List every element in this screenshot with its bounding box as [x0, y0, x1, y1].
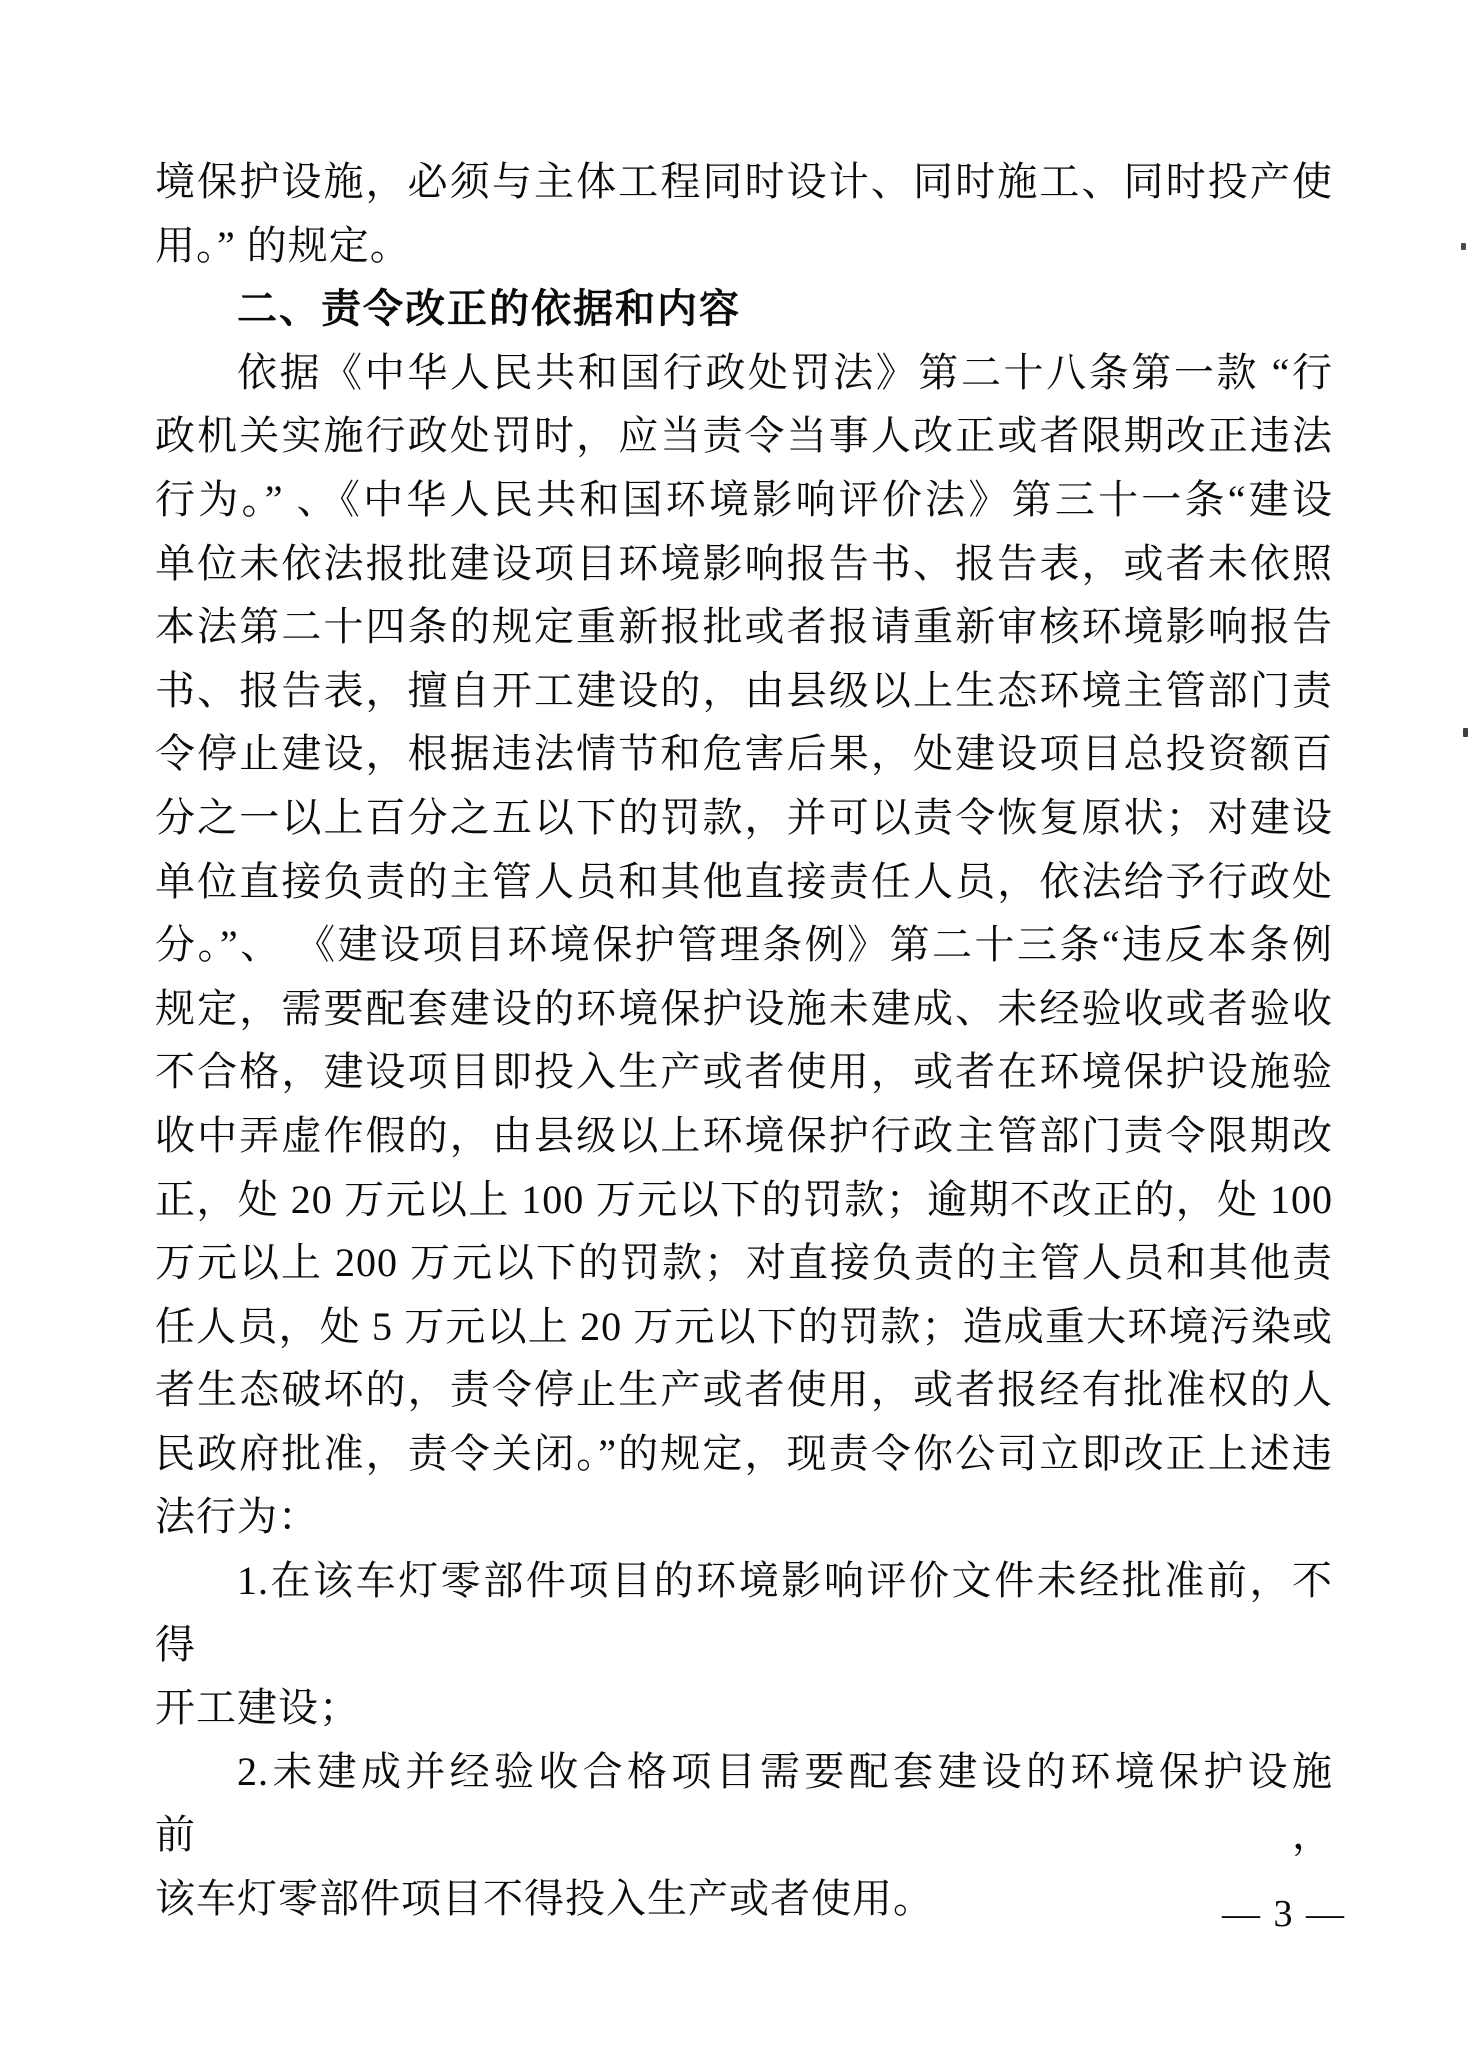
- text-line: 依据《中华人民共和国行政处罚法》第二十八条第一款 “行: [155, 341, 1333, 405]
- text-line: 单位直接负责的主管人员和其他直接责任人员，依法给予行政处: [155, 850, 1333, 914]
- text-line: 法行为：: [155, 1485, 1333, 1549]
- text-line: 行为。” 、《中华人民共和国环境影响评价法》第三十一条“建设: [155, 468, 1333, 532]
- text-line: 万元以上 200 万元以下的罚款；对直接负责的主管人员和其他责: [155, 1231, 1333, 1295]
- text-line: 规定，需要配套建设的环境保护设施未建成、未经验收或者验收: [155, 977, 1333, 1041]
- text-line: 开工建设；: [155, 1676, 1333, 1740]
- text-line: 任人员，处 5 万元以上 20 万元以下的罚款；造成重大环境污染或: [155, 1295, 1333, 1359]
- text-line: 正，处 20 万元以上 100 万元以下的罚款；逾期不改正的，处 100: [155, 1168, 1333, 1232]
- text-line: 分。”、 《建设项目环境保护管理条例》第二十三条“违反本条例: [155, 913, 1333, 977]
- page-number: — 3 —: [1222, 1892, 1346, 1936]
- text-line: 本法第二十四条的规定重新报批或者报请重新审核环境影响报告: [155, 595, 1333, 659]
- text-line: 该车灯零部件项目不得投入生产或者使用。: [155, 1867, 1333, 1931]
- text-line: 用。” 的规定。: [155, 214, 1333, 278]
- text-line: 收中弄虚作假的，由县级以上环境保护行政主管部门责令限期改: [155, 1104, 1333, 1168]
- scan-speck: [1463, 728, 1468, 737]
- text-line: 1.在该车灯零部件项目的环境影响评价文件未经批准前，不得: [155, 1549, 1333, 1676]
- text-line: 单位未依法报批建设项目环境影响报告书、报告表，或者未依照: [155, 532, 1333, 596]
- text-line: 不合格，建设项目即投入生产或者使用，或者在环境保护设施验: [155, 1040, 1333, 1104]
- text-line: 民政府批准，责令关闭。”的规定，现责令你公司立即改正上述违: [155, 1422, 1333, 1486]
- document-body: 境保护设施，必须与主体工程同时设计、同时施工、同时投产使用。” 的规定。二、责令…: [155, 150, 1333, 1931]
- section-heading: 二、责令改正的依据和内容: [155, 277, 1333, 341]
- text-line: 令停止建设，根据违法情节和危害后果，处建设项目总投资额百: [155, 722, 1333, 786]
- scanned-document-page: 境保护设施，必须与主体工程同时设计、同时施工、同时投产使用。” 的规定。二、责令…: [0, 0, 1483, 2046]
- text-line: 书、报告表，擅自开工建设的，由县级以上生态环境主管部门责: [155, 659, 1333, 723]
- text-line: 2.未建成并经验收合格项目需要配套建设的环境保护设施前，: [155, 1740, 1333, 1867]
- text-line: 政机关实施行政处罚时，应当责令当事人改正或者限期改正违法: [155, 404, 1333, 468]
- text-line: 分之一以上百分之五以下的罚款，并可以责令恢复原状；对建设: [155, 786, 1333, 850]
- scan-speck: [1461, 243, 1466, 250]
- text-line: 境保护设施，必须与主体工程同时设计、同时施工、同时投产使: [155, 150, 1333, 214]
- text-line: 者生态破坏的，责令停止生产或者使用，或者报经有批准权的人: [155, 1358, 1333, 1422]
